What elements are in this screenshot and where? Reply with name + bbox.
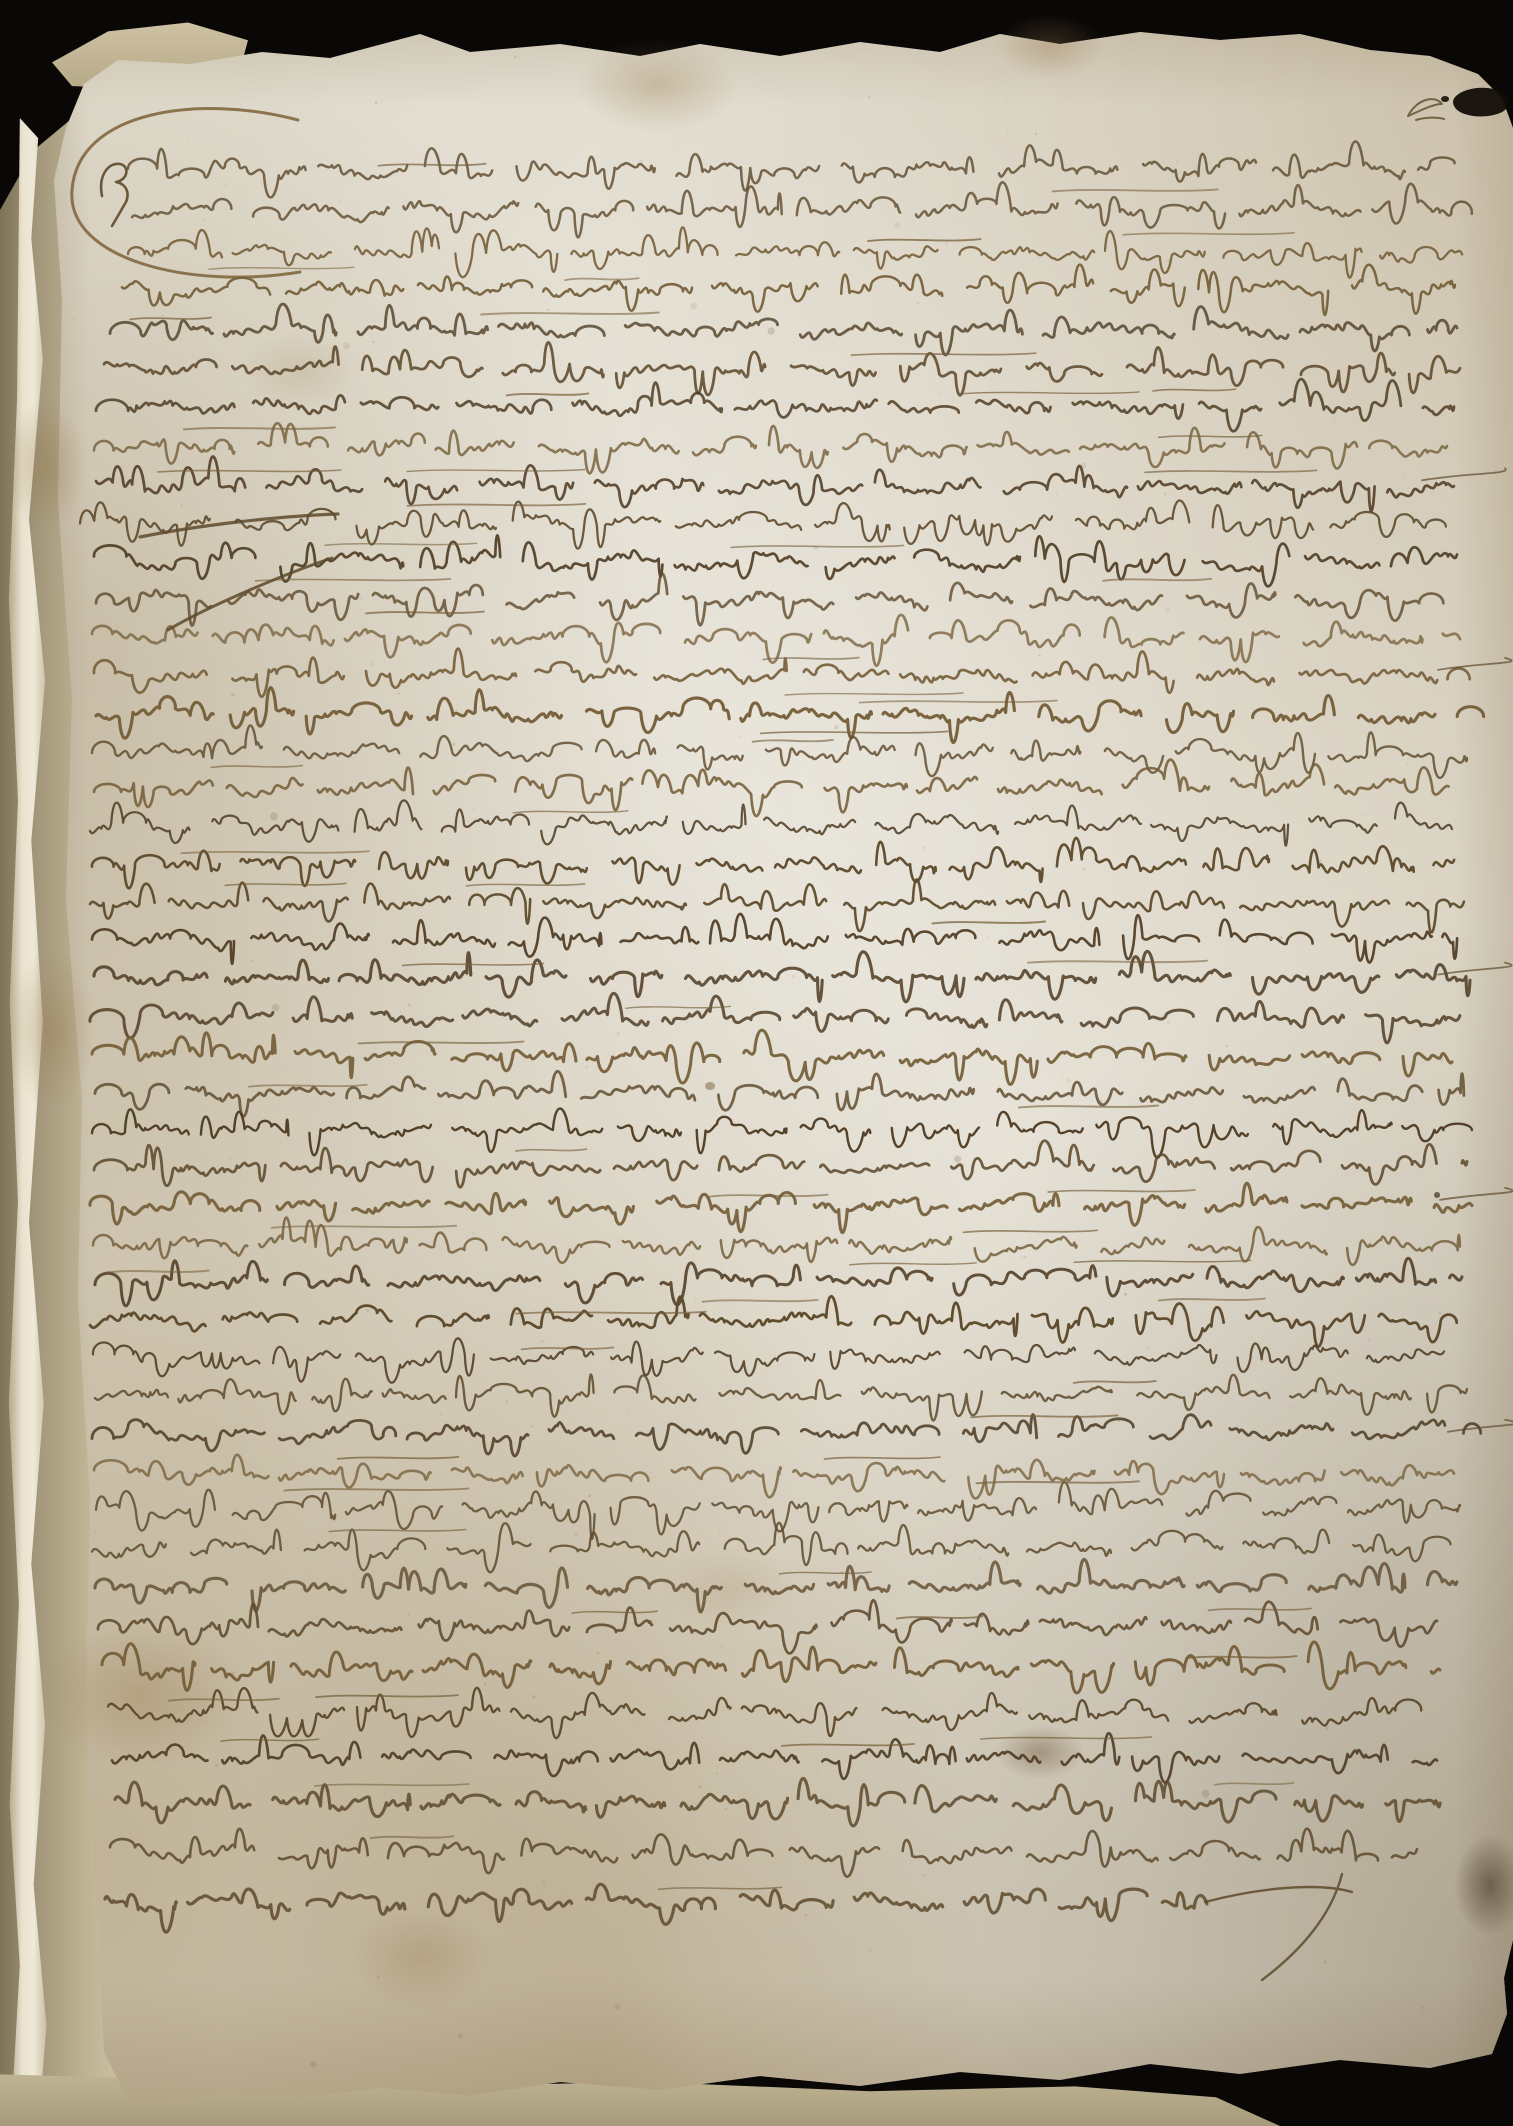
speckle <box>820 2007 822 2009</box>
over-stroke <box>284 1489 468 1491</box>
flourish-tail <box>1438 963 1512 975</box>
speckle <box>474 288 475 289</box>
speckle <box>459 1659 461 1661</box>
over-stroke <box>897 1617 983 1619</box>
speckle <box>514 56 517 59</box>
over-stroke <box>169 1699 279 1701</box>
over-stroke <box>731 545 903 547</box>
speckle <box>422 1946 424 1948</box>
over-stroke <box>932 922 1045 924</box>
speckle <box>176 2045 178 2047</box>
speckle <box>755 1008 756 1009</box>
over-stroke <box>359 1042 524 1044</box>
over-stroke <box>513 811 627 813</box>
speckle <box>1279 936 1282 939</box>
speckle <box>251 960 254 963</box>
speckle <box>1057 1227 1059 1229</box>
text-line <box>132 182 1472 237</box>
text-line <box>80 501 1446 549</box>
ink-blot-dot <box>1441 96 1449 102</box>
text-line <box>94 649 1470 697</box>
speckle <box>372 341 375 344</box>
text-line <box>92 1109 1472 1158</box>
over-stroke <box>785 693 963 695</box>
speckle <box>484 1683 486 1685</box>
speckle <box>270 812 278 820</box>
text-line <box>96 379 1454 431</box>
handwriting-layer <box>0 0 1513 2126</box>
over-stroke <box>1187 1656 1296 1658</box>
over-stroke <box>402 964 543 966</box>
speckle <box>203 219 205 221</box>
speckle <box>540 1340 543 1343</box>
text-line <box>122 265 1455 315</box>
ink-marks <box>72 88 1509 1980</box>
over-stroke <box>316 1695 458 1697</box>
text-line <box>105 1884 1207 1932</box>
speckle <box>623 1391 626 1394</box>
over-stroke <box>959 392 1139 394</box>
over-stroke <box>106 1271 208 1273</box>
speckle <box>531 1747 532 1748</box>
speckle <box>1038 654 1040 656</box>
over-stroke <box>1074 1260 1251 1262</box>
text-line <box>95 1559 1457 1611</box>
speckle <box>650 1471 652 1473</box>
speckle <box>1066 1078 1071 1083</box>
text-line <box>92 725 1467 777</box>
speckle <box>94 1531 96 1533</box>
speckle <box>1447 1730 1449 1732</box>
speckle <box>1007 134 1008 135</box>
text-line <box>108 1688 1421 1738</box>
over-stroke <box>976 1481 1139 1483</box>
speckle <box>458 2033 463 2038</box>
speckle <box>980 1579 982 1581</box>
text-line <box>96 457 1454 512</box>
text-line <box>92 914 1457 964</box>
speckle <box>72 317 74 319</box>
over-stroke <box>1208 1608 1311 1610</box>
over-stroke <box>181 851 368 853</box>
speckle <box>1291 1406 1293 1408</box>
over-stroke <box>1123 233 1294 235</box>
speckle <box>423 1959 425 1961</box>
speckle <box>719 1532 721 1534</box>
speckle <box>922 1874 925 1877</box>
speckle <box>346 1903 347 1904</box>
over-stroke <box>366 612 484 614</box>
speckle <box>1127 2007 1130 2010</box>
over-stroke <box>1074 1381 1156 1383</box>
speckle <box>1176 160 1178 162</box>
speckle <box>1164 493 1167 496</box>
speckle <box>690 303 697 310</box>
over-stroke <box>659 1887 782 1889</box>
speckle <box>1326 1727 1329 1730</box>
speckle <box>588 1494 591 1497</box>
text-line <box>94 1141 1467 1187</box>
speckle <box>1468 1482 1469 1483</box>
over-stroke <box>824 1457 940 1459</box>
over-stroke <box>315 1784 469 1786</box>
text-line <box>94 423 1447 473</box>
flourish-tail <box>1440 1188 1513 1200</box>
text-line <box>92 1415 1481 1456</box>
speckle <box>728 958 729 959</box>
speckle <box>399 1010 401 1012</box>
text-line <box>104 342 1460 395</box>
speckle <box>1083 868 1086 871</box>
text-line <box>94 760 1449 816</box>
speckle <box>1441 1673 1444 1676</box>
speckle <box>743 944 745 946</box>
speckle <box>465 1208 468 1211</box>
over-stroke <box>964 1230 1098 1232</box>
speckle <box>647 1606 649 1608</box>
speckle <box>768 328 775 335</box>
over-stroke <box>338 1457 459 1459</box>
speckle <box>408 1004 411 1007</box>
speckle <box>310 2061 317 2068</box>
text-line <box>96 688 1484 743</box>
text-line <box>92 1523 1451 1573</box>
speckle <box>1333 420 1335 422</box>
text-line <box>93 1338 1444 1382</box>
speckle <box>1395 1560 1396 1561</box>
over-stroke <box>1053 189 1218 191</box>
speckle <box>640 159 643 162</box>
speckle <box>1458 858 1460 860</box>
text-line <box>94 1455 1454 1499</box>
text-line <box>102 1642 1440 1693</box>
speckle <box>1232 1524 1233 1525</box>
speckle <box>967 1545 969 1547</box>
speckle <box>1146 1346 1150 1350</box>
speckle <box>215 1764 218 1767</box>
speckle <box>407 1613 409 1615</box>
speckle <box>398 693 400 695</box>
speckle <box>936 928 937 929</box>
speckle <box>1165 607 1170 612</box>
speckle <box>615 2004 620 2009</box>
over-stroke <box>1215 1783 1294 1785</box>
text-line <box>92 838 1454 888</box>
speckle <box>1023 1256 1026 1259</box>
speckle <box>395 1750 396 1751</box>
speckle <box>1422 2007 1424 2009</box>
over-stroke <box>221 1739 319 1741</box>
over-stroke <box>225 883 346 885</box>
over-stroke <box>761 731 948 733</box>
over-stroke <box>850 1263 976 1265</box>
speckle <box>303 1115 304 1116</box>
flourish-tail <box>1438 658 1512 670</box>
speckle <box>1365 815 1366 816</box>
speckle <box>894 222 900 228</box>
over-stroke <box>256 579 451 581</box>
over-stroke <box>184 427 335 429</box>
speckle <box>181 504 183 506</box>
ink-spot <box>705 1082 715 1090</box>
speckle <box>832 1120 833 1121</box>
speckle <box>225 185 227 187</box>
speckle <box>791 975 795 979</box>
speckle <box>603 861 604 862</box>
speckle <box>698 1785 701 1788</box>
over-stroke <box>407 470 585 472</box>
speckle <box>1056 493 1058 495</box>
opening-paraph-mark <box>101 164 127 226</box>
speckle <box>963 1588 966 1591</box>
speckle <box>1319 860 1322 863</box>
text-line <box>90 800 1452 845</box>
speckle <box>1020 1257 1022 1259</box>
speckle <box>1167 1022 1169 1024</box>
flourish-tail <box>1422 468 1506 480</box>
speckle <box>80 698 81 699</box>
speckle <box>805 1914 807 1916</box>
speckle <box>531 1425 533 1427</box>
speckle <box>768 879 769 880</box>
over-stroke <box>325 543 477 545</box>
speckle <box>483 1819 485 1821</box>
speckle <box>585 1066 588 1069</box>
speckle <box>311 1331 312 1332</box>
speckle <box>339 199 342 202</box>
speckle <box>549 1266 550 1267</box>
over-stroke <box>211 766 302 768</box>
over-stroke <box>763 658 859 660</box>
over-stroke <box>626 1006 731 1008</box>
speckle <box>349 1741 351 1743</box>
speckle <box>360 597 362 599</box>
speckle <box>1137 93 1138 94</box>
over-stroke <box>522 1347 614 1349</box>
text-line <box>96 1482 1460 1539</box>
speckle <box>547 309 550 312</box>
over-stroke <box>249 1085 367 1087</box>
speckle <box>574 1533 577 1536</box>
speckle <box>272 1004 280 1012</box>
manuscript-photo <box>0 0 1513 2126</box>
over-stroke <box>1028 961 1207 963</box>
over-stroke <box>1153 389 1236 391</box>
over-stroke <box>703 1300 818 1302</box>
speckle <box>1255 936 1258 939</box>
speckle <box>627 1412 629 1414</box>
speckle <box>721 1646 723 1648</box>
text-line <box>110 304 1457 355</box>
text-line <box>96 574 1443 626</box>
speckle <box>869 1949 872 1952</box>
handwritten-text-lines <box>80 141 1513 1932</box>
speckle <box>949 1259 950 1260</box>
speckle <box>1177 1488 1179 1490</box>
speckle <box>351 1889 352 1890</box>
speckle <box>1342 1346 1343 1347</box>
text-line <box>94 951 1470 1001</box>
speckle <box>505 1400 508 1403</box>
speckle <box>687 1022 688 1023</box>
over-stroke <box>130 318 211 320</box>
over-stroke <box>710 1195 828 1197</box>
speckle <box>1124 1293 1127 1296</box>
speckle <box>635 1725 637 1727</box>
speckle <box>377 1976 380 1979</box>
text-line <box>128 227 1462 277</box>
over-stroke <box>1159 435 1262 437</box>
over-stroke <box>379 164 486 166</box>
speckle <box>923 846 926 849</box>
speckle <box>979 1557 981 1559</box>
speckle <box>149 1926 151 1928</box>
over-stroke <box>1019 1106 1158 1108</box>
speckle <box>1116 609 1118 611</box>
speckle <box>1289 1468 1291 1470</box>
ink-spot <box>1434 1192 1440 1198</box>
speckle <box>617 1032 620 1035</box>
text-line <box>90 1296 1457 1346</box>
speckle <box>231 693 234 696</box>
over-stroke <box>1048 1190 1195 1192</box>
speckle <box>716 1773 718 1775</box>
speckle <box>1204 825 1206 827</box>
text-line <box>110 1829 1417 1877</box>
speckle <box>459 1653 461 1655</box>
speckle <box>758 306 759 307</box>
speckle <box>230 1157 232 1159</box>
speckle <box>511 120 512 121</box>
speckle <box>1184 423 1186 425</box>
over-stroke <box>1145 470 1317 472</box>
speckle <box>472 808 475 811</box>
over-stroke <box>860 701 1057 703</box>
folio-squiggle-mark <box>1408 99 1444 120</box>
over-stroke <box>481 313 659 315</box>
speckle <box>1402 474 1404 476</box>
speckle <box>202 1720 204 1722</box>
speckle <box>1006 101 1008 103</box>
text-line <box>95 1071 1464 1116</box>
over-stroke <box>572 1611 657 1613</box>
speckle <box>938 392 940 394</box>
speckle <box>106 861 107 862</box>
speckle <box>161 314 164 317</box>
over-stroke <box>467 884 585 886</box>
speckle <box>1035 133 1037 135</box>
text-line <box>90 1183 1472 1232</box>
speckle <box>455 709 457 711</box>
speckle <box>695 1298 697 1300</box>
over-stroke <box>981 1737 1152 1739</box>
over-stroke <box>507 393 589 395</box>
over-stroke <box>209 267 354 269</box>
speckle <box>187 138 188 139</box>
text-line <box>93 1218 1460 1266</box>
speckle <box>620 1976 622 1978</box>
text-line <box>92 1030 1452 1084</box>
speckle <box>1062 1077 1064 1079</box>
over-stroke <box>408 504 586 506</box>
speckle <box>1202 1790 1210 1798</box>
speckle <box>82 1340 83 1341</box>
speckle <box>694 947 696 949</box>
text-line <box>115 1778 1440 1825</box>
speckle <box>343 342 350 349</box>
speckle <box>1439 1312 1442 1315</box>
speckle <box>504 1413 506 1415</box>
speckle <box>319 1852 321 1854</box>
over-stroke <box>516 1312 706 1314</box>
speckle <box>543 1340 545 1342</box>
over-stroke <box>868 239 980 241</box>
speckle <box>1407 764 1408 765</box>
speckle <box>725 1808 727 1810</box>
over-stroke <box>780 1572 872 1574</box>
speckle <box>532 1695 535 1698</box>
over-stroke <box>1103 579 1211 581</box>
speckle <box>602 1266 603 1267</box>
speckle <box>1368 1339 1371 1342</box>
paper-speckles <box>72 56 1469 2068</box>
speckle <box>739 735 742 738</box>
ink-blot <box>1453 88 1509 117</box>
speckle <box>396 1272 398 1274</box>
text-line <box>90 993 1460 1043</box>
speckle <box>917 302 919 304</box>
text-line <box>90 879 1464 932</box>
over-stroke <box>753 740 833 742</box>
speckle <box>211 1560 212 1561</box>
speckle <box>366 1309 369 1312</box>
closing-flourish <box>1205 1874 1352 1980</box>
speckle <box>817 1774 819 1776</box>
speckle <box>797 93 798 94</box>
speckle <box>370 663 373 666</box>
speckle <box>596 1652 599 1655</box>
speckle <box>834 725 839 730</box>
over-stroke <box>971 1415 1117 1417</box>
speckle <box>161 1412 162 1413</box>
speckle <box>1088 722 1090 724</box>
speckle <box>954 1156 961 1163</box>
speckle <box>542 1881 545 1884</box>
speckle <box>1236 1580 1237 1581</box>
speckle <box>375 101 378 104</box>
speckle <box>1225 1045 1228 1048</box>
over-stroke <box>851 353 1035 355</box>
speckle <box>1324 1960 1327 1963</box>
speckle <box>823 1320 825 1322</box>
speckle <box>87 447 89 449</box>
speckle <box>452 743 455 746</box>
over-stroke <box>272 1226 457 1228</box>
over-stroke <box>1159 1299 1265 1301</box>
speckle <box>425 195 426 196</box>
speckle <box>737 726 739 728</box>
speckle <box>440 1414 442 1416</box>
text-line <box>94 535 1457 586</box>
speckle <box>868 96 870 98</box>
over-stroke <box>782 1744 914 1746</box>
speckle <box>472 1232 475 1235</box>
speckle <box>945 242 948 245</box>
over-stroke <box>565 278 639 280</box>
text-line <box>128 141 1455 197</box>
speckle <box>1426 121 1427 122</box>
speckle <box>987 936 989 938</box>
